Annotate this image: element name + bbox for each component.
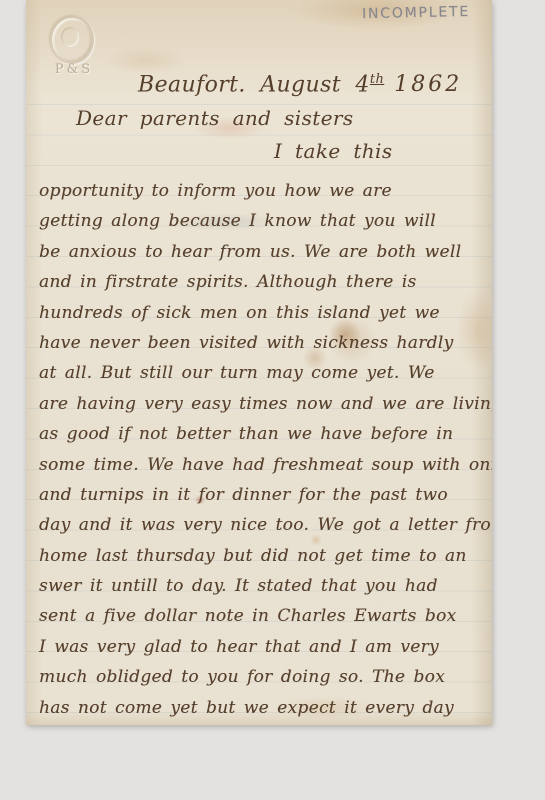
letter-line: some time. We have had freshmeat soup wi… [39, 450, 490, 480]
letter-line: I was very glad to hear that and I am ve… [39, 632, 490, 662]
letter-line: and in firstrate spirits. Although there… [39, 267, 490, 297]
letter-salutation: Dear parents and sisters [76, 106, 354, 130]
embossed-stationer-seal: P&S [46, 14, 102, 80]
letter-line: hundreds of sick men on this island yet … [39, 298, 490, 328]
letter-opening-line: I take this [274, 139, 393, 163]
letter-line: as good if not better than we have befor… [39, 419, 490, 449]
letter-body: opportunity to inform you how we aregett… [39, 176, 490, 723]
letter-line: swer it untill to day. It stated that yo… [39, 571, 490, 601]
emboss-initials: P&S [48, 62, 100, 77]
dateline-year: 1862 [394, 72, 462, 97]
emboss-crest-icon [50, 16, 94, 64]
letter-dateline: Beaufort. August 4th1862 [138, 72, 462, 97]
letter-line: at all. But still our turn may come yet.… [39, 358, 490, 388]
letter-page: P&S INCOMPLETE Beaufort. August 4th1862 … [26, 0, 492, 725]
letter-line: much oblidged to you for doing so. The b… [39, 662, 490, 692]
letter-line: and turnips in it for dinner for the pas… [39, 480, 490, 510]
dateline-ordinal: th [370, 72, 384, 87]
letter-scan: P&S INCOMPLETE Beaufort. August 4th1862 … [0, 0, 545, 800]
pencil-annotation: INCOMPLETE [362, 4, 470, 22]
dateline-text: Beaufort. August 4 [138, 72, 370, 97]
letter-line: day and it was very nice too. We got a l… [39, 510, 490, 540]
letter-line: have never been visited with sickness ha… [39, 328, 490, 358]
letter-line: sent a five dollar note in Charles Ewart… [39, 601, 490, 631]
letter-line: getting along because I know that you wi… [39, 206, 490, 236]
letter-line: be anxious to hear from us. We are both … [39, 237, 490, 267]
letter-line: are having very easy times now and we ar… [39, 389, 490, 419]
letter-line: home last thursday but did not get time … [39, 541, 490, 571]
letter-line: opportunity to inform you how we are [39, 176, 490, 206]
letter-line: has not come yet but we expect it every … [39, 693, 490, 723]
